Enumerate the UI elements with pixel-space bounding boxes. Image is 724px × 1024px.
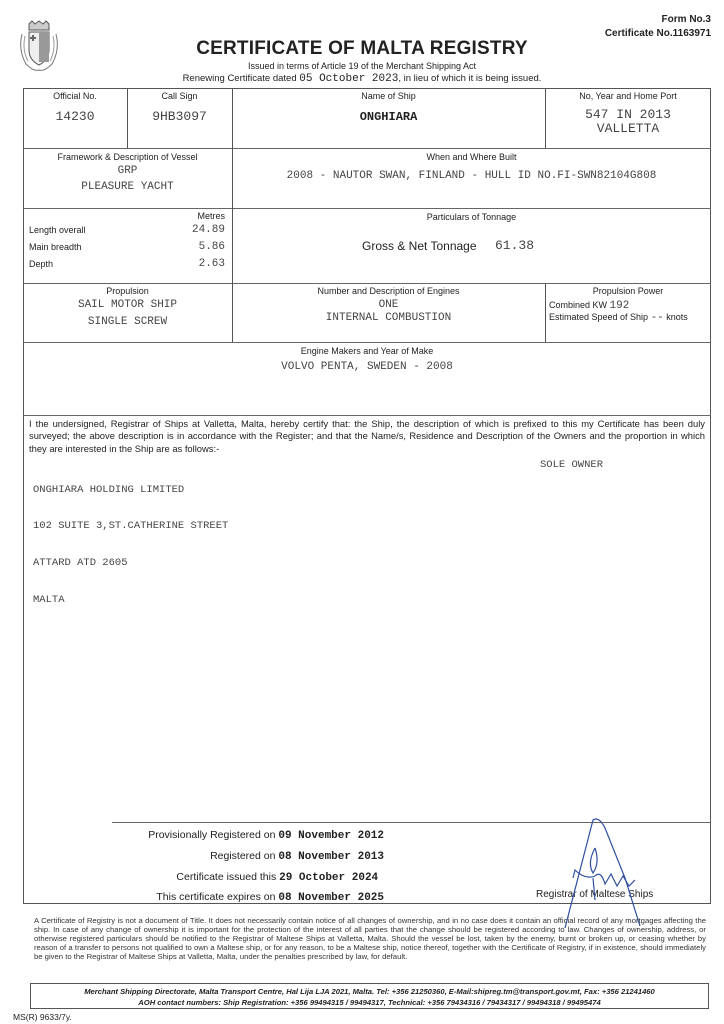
registration-row: Registered on 08 November 2013	[100, 847, 384, 868]
owner-address-line2: ATTARD ATD 2605	[33, 557, 228, 569]
form-number-block: Form No.3 Certificate No.1163971	[605, 13, 711, 41]
propulsion-line1: SAIL MOTOR SHIP	[23, 299, 232, 311]
footer-aoh-contacts: AOH contact numbers: Ship Registration: …	[31, 997, 708, 1008]
dimension-row: Length overall 24.89	[29, 221, 225, 238]
tonnage-value: 61.38	[495, 238, 534, 253]
registration-dates: Provisionally Registered on 09 November …	[100, 826, 384, 909]
divider	[23, 148, 711, 149]
renewal-date: 05 October 2023	[299, 73, 398, 85]
ship-name-cell: Name of Ship ONGHIARA	[232, 91, 545, 124]
disclaimer: A Certificate of Registry is not a docum…	[34, 916, 706, 961]
date-label: Certificate issued this	[176, 871, 276, 883]
form-code: MS(R) 9633/7y.	[13, 1012, 72, 1022]
renewal-line: Renewing Certificate dated 05 October 20…	[0, 73, 724, 85]
ship-name-value: ONGHIARA	[232, 110, 545, 124]
document-title: CERTIFICATE OF MALTA REGISTRY	[0, 38, 724, 60]
official-no-value: 14230	[23, 109, 127, 124]
propulsion-line2: SINGLE SCREW	[23, 316, 232, 328]
length-value: 24.89	[192, 224, 225, 236]
divider	[23, 208, 711, 209]
combined-kw-row: Combined KW 192	[549, 300, 711, 312]
speed-label: Estimated Speed of Ship	[549, 312, 648, 322]
dimensions-cell: Metres Length overall 24.89 Main breadth…	[29, 211, 225, 272]
date-label: Provisionally Registered on	[148, 829, 275, 841]
official-no-label: Official No.	[23, 91, 127, 101]
ship-name-label: Name of Ship	[232, 91, 545, 101]
divider	[23, 415, 711, 416]
engines-line1: ONE	[232, 299, 545, 312]
built-cell: When and Where Built 2008 - NAUTOR SWAN,…	[232, 152, 711, 182]
depth-value: 2.63	[199, 258, 225, 270]
depth-label: Depth	[29, 259, 53, 269]
breadth-value: 5.86	[199, 241, 225, 253]
date-value: 08 November 2013	[278, 851, 384, 863]
tonnage-cell: Particulars of Tonnage Gross & Net Tonna…	[232, 212, 711, 222]
renewal-suffix: , in lieu of which it is being issued.	[398, 73, 541, 84]
owner-details: ONGHIARA HOLDING LIMITED 102 SUITE 3,ST.…	[33, 459, 228, 619]
speed-value: --	[651, 312, 664, 324]
home-port-line2: VALLETTA	[545, 122, 711, 136]
framework-cell: Framework & Description of Vessel GRP PL…	[23, 152, 232, 193]
divider	[23, 342, 711, 343]
speed-row: Estimated Speed of Ship -- knots	[549, 312, 711, 324]
framework-line1: GRP	[23, 165, 232, 177]
power-cell: Propulsion Power Combined KW 192 Estimat…	[545, 286, 711, 324]
metres-label: Metres	[29, 211, 225, 221]
expiry-row: This certificate expires on 08 November …	[100, 888, 384, 909]
footer-address: Merchant Shipping Directorate, Malta Tra…	[31, 986, 708, 997]
home-port-cell: No, Year and Home Port 547 IN 2013 VALLE…	[545, 91, 711, 136]
divider	[23, 283, 711, 284]
date-label: Registered on	[210, 850, 275, 862]
issued-row: Certificate issued this 29 October 2024	[100, 868, 384, 889]
home-port-line1: 547 IN 2013	[545, 108, 711, 122]
combined-kw-label: Combined KW	[549, 300, 607, 310]
call-sign-value: 9HB3097	[127, 109, 232, 124]
provisional-registration-row: Provisionally Registered on 09 November …	[100, 826, 384, 847]
speed-unit: knots	[666, 312, 688, 322]
framework-label: Framework & Description of Vessel	[23, 152, 232, 162]
dimension-row: Depth 2.63	[29, 255, 225, 272]
date-value: 29 October 2024	[279, 872, 378, 884]
call-sign-cell: Call Sign 9HB3097	[127, 91, 232, 124]
form-no: Form No.3	[605, 13, 711, 27]
length-label: Length overall	[29, 225, 86, 235]
combined-kw-value: 192	[610, 300, 630, 312]
document-subtitle: Issued in terms of Article 19 of the Mer…	[0, 61, 724, 71]
engine-makers-value: VOLVO PENTA, SWEDEN - 2008	[23, 361, 711, 373]
engines-label: Number and Description of Engines	[232, 286, 545, 296]
certification-statement: I the undersigned, Registrar of Ships at…	[29, 418, 705, 455]
propulsion-cell: Propulsion SAIL MOTOR SHIP SINGLE SCREW	[23, 286, 232, 328]
engines-cell: Number and Description of Engines ONE IN…	[232, 286, 545, 325]
engines-line2: INTERNAL COMBUSTION	[232, 312, 545, 325]
tonnage-name: Gross & Net Tonnage	[362, 239, 477, 253]
propulsion-label: Propulsion	[23, 286, 232, 296]
tonnage-label: Particulars of Tonnage	[232, 212, 711, 222]
owner-country: MALTA	[33, 594, 228, 606]
call-sign-label: Call Sign	[127, 91, 232, 101]
owner-share: SOLE OWNER	[540, 459, 603, 471]
framework-line2: PLEASURE YACHT	[23, 181, 232, 193]
official-no-cell: Official No. 14230	[23, 91, 127, 124]
engine-makers-cell: Engine Makers and Year of Make VOLVO PEN…	[23, 346, 711, 373]
signature-icon	[555, 808, 675, 928]
power-label: Propulsion Power	[545, 286, 711, 296]
date-value: 09 November 2012	[278, 830, 384, 842]
dimension-row: Main breadth 5.86	[29, 238, 225, 255]
renewal-prefix: Renewing Certificate dated	[183, 73, 297, 84]
owner-name: ONGHIARA HOLDING LIMITED	[33, 484, 228, 496]
date-value: 08 November 2025	[278, 892, 384, 904]
home-port-label: No, Year and Home Port	[545, 91, 711, 101]
engine-makers-label: Engine Makers and Year of Make	[23, 346, 711, 356]
contact-footer: Merchant Shipping Directorate, Malta Tra…	[30, 983, 709, 1009]
built-value: 2008 - NAUTOR SWAN, FINLAND - HULL ID NO…	[232, 170, 711, 182]
owner-address-line1: 102 SUITE 3,ST.CATHERINE STREET	[33, 520, 228, 532]
breadth-label: Main breadth	[29, 242, 82, 252]
date-label: This certificate expires on	[156, 891, 275, 903]
built-label: When and Where Built	[232, 152, 711, 162]
